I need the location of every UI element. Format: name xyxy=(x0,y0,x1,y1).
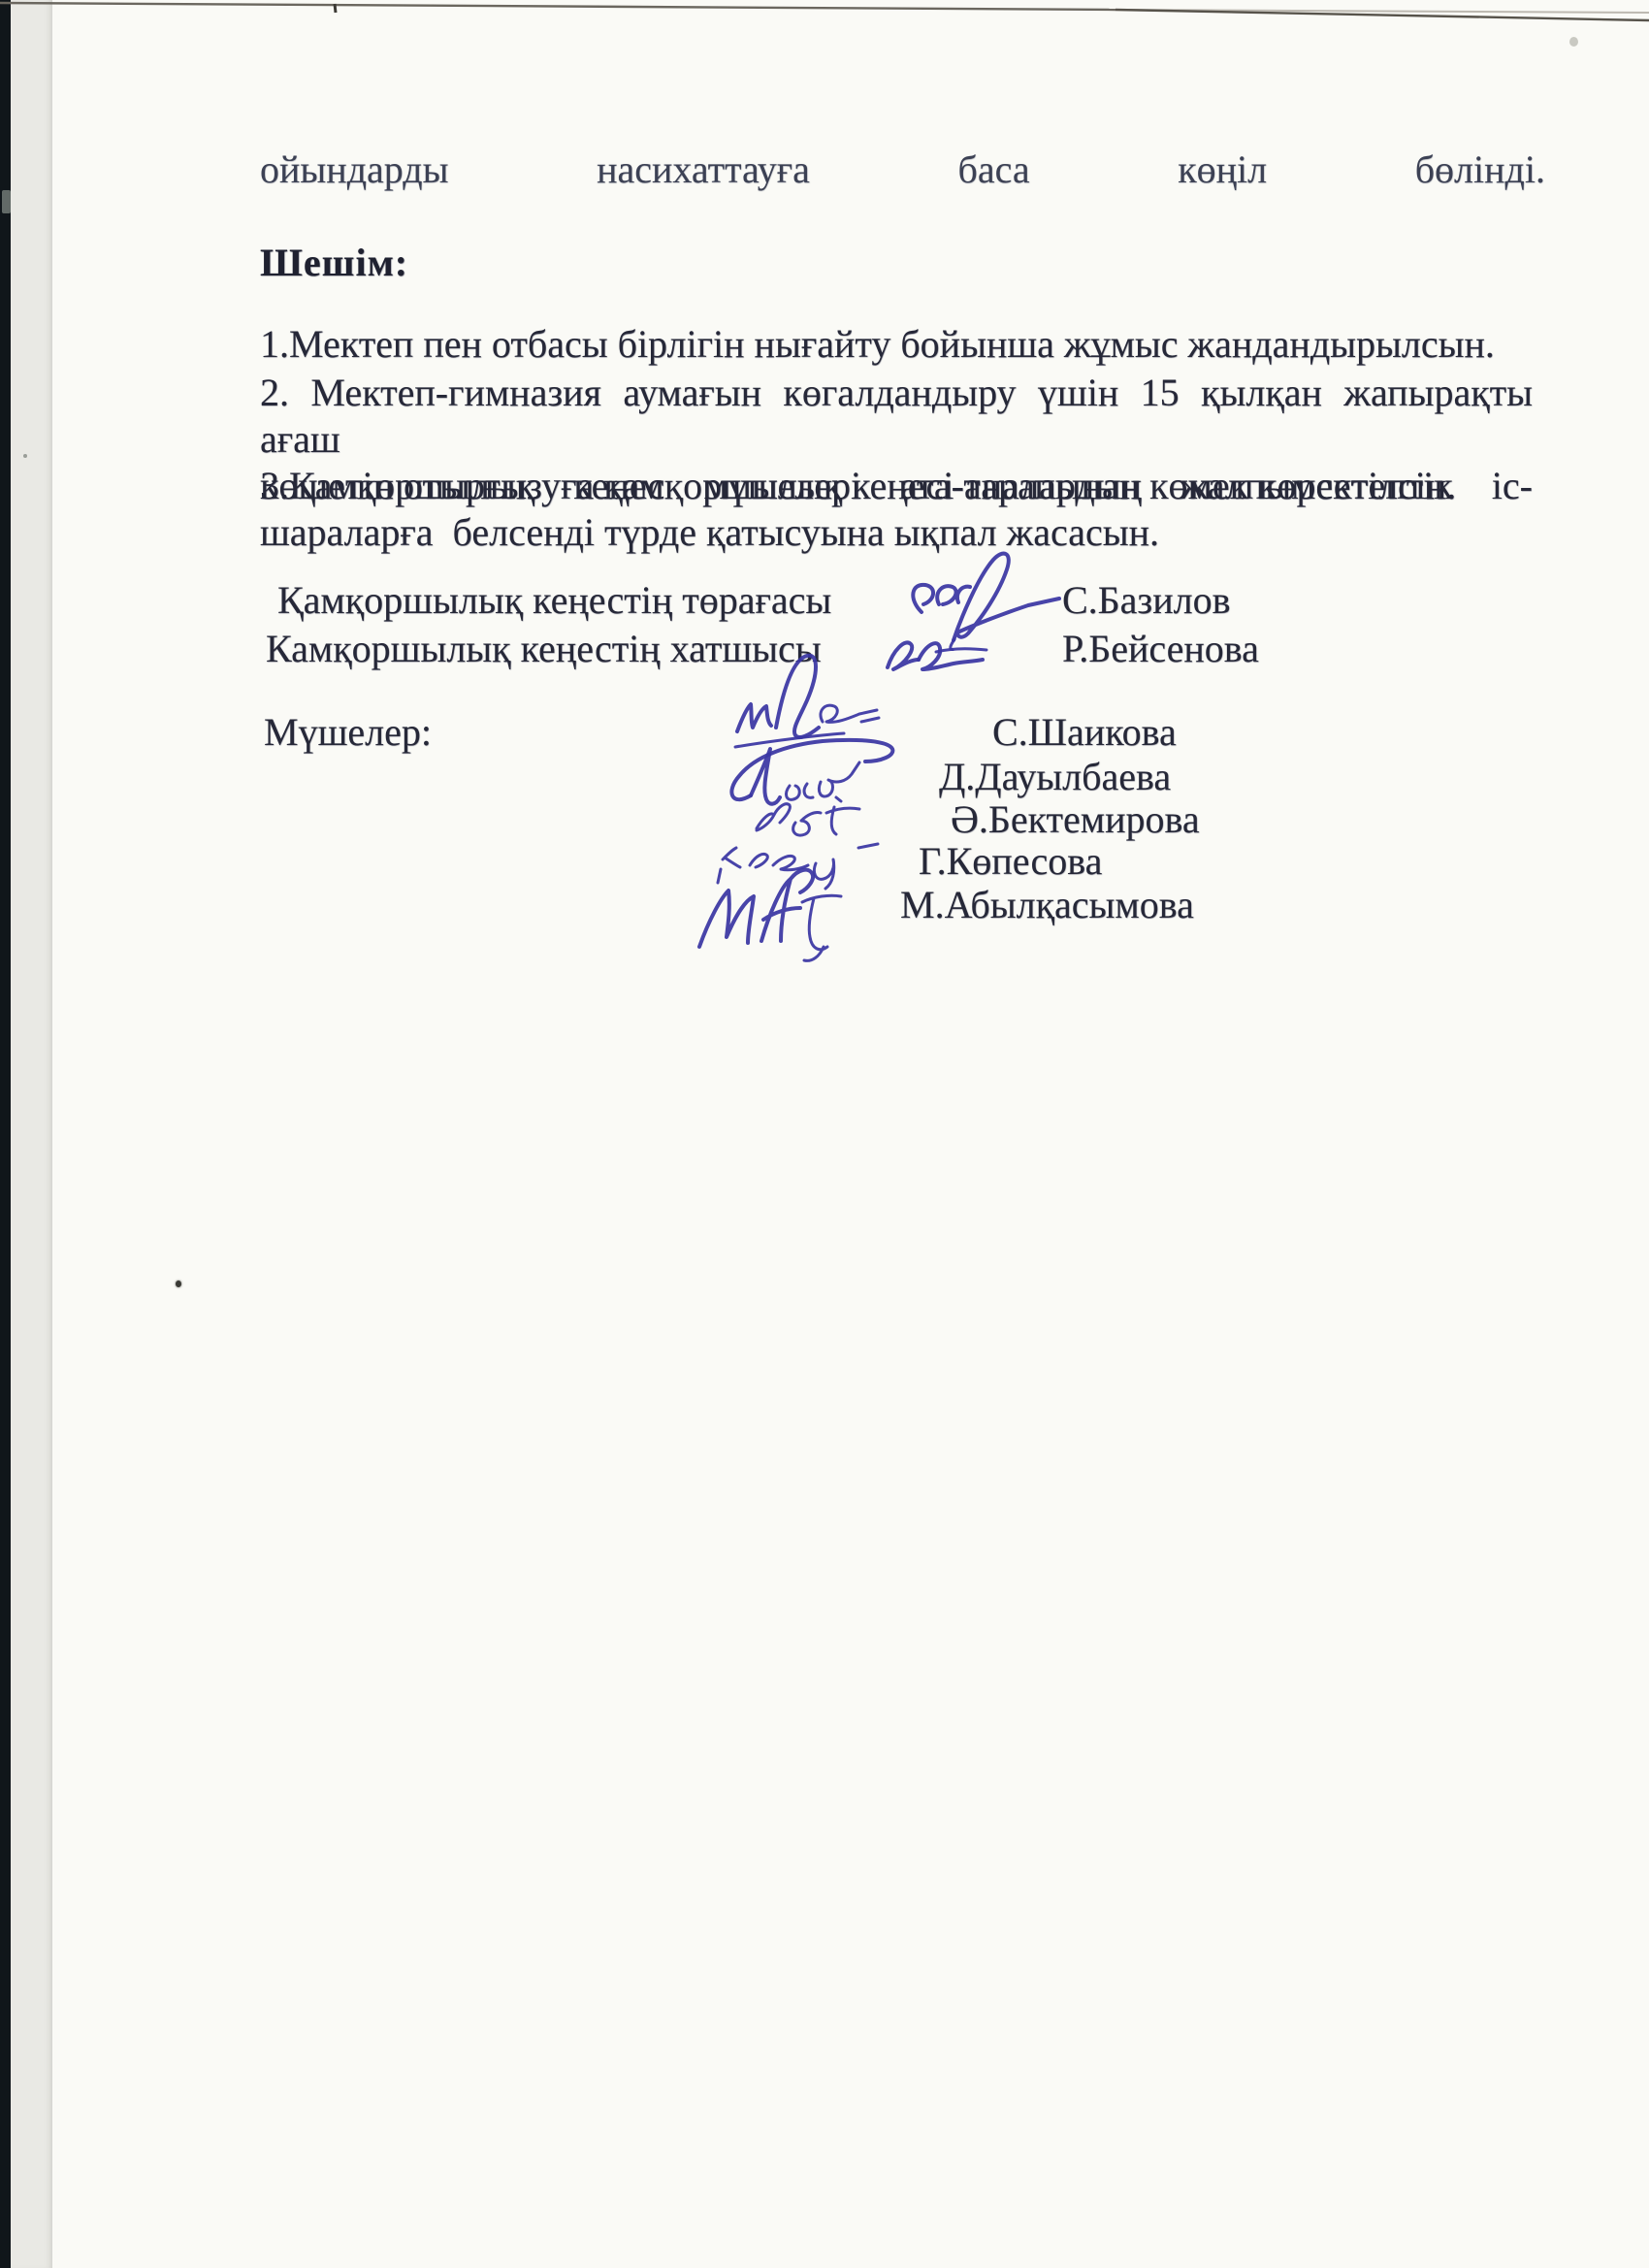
member-name: Ә.Бектемирова xyxy=(951,796,1200,843)
scan-speck xyxy=(1569,37,1578,47)
member-name: Д.Дауылбаева xyxy=(939,754,1171,800)
intro-word: насихаттауға xyxy=(597,146,810,193)
chairman-role-label: Қамқоршылық кеңестің төрағасы xyxy=(277,577,831,624)
decision-3-line-1: 3.Қамқоршылық кеңес мүшелері ата-аналард… xyxy=(260,463,1533,509)
chairman-name: С.Базилов xyxy=(1062,577,1230,624)
scan-left-black-edge xyxy=(0,0,11,2268)
signature-beisenova xyxy=(878,629,1018,679)
members-label: Мүшелер: xyxy=(264,709,432,756)
intro-word: ойындарды xyxy=(260,146,449,193)
scan-left-gutter xyxy=(11,0,52,2268)
scan-top-edge-line xyxy=(0,0,1649,31)
member-name: С.Шаикова xyxy=(992,709,1177,756)
scan-speck xyxy=(23,454,27,458)
decision-heading: Шешім: xyxy=(260,240,408,286)
scan-speck xyxy=(176,1280,181,1287)
decision-item-3: 3.Қамқоршылық кеңес мүшелері ата-аналард… xyxy=(260,463,1533,556)
member-name: Г.Көпесова xyxy=(919,838,1102,885)
decision-1-line-1: 1.Мектеп пен отбасы бірлігін нығайту бой… xyxy=(260,321,1533,368)
intro-word: көңіл xyxy=(1178,146,1267,193)
scan-edge-notch xyxy=(2,190,11,213)
scanned-document-page: ойындарды насихаттауға баса көңіл бөлінд… xyxy=(0,0,1649,2268)
intro-word: бөлінді. xyxy=(1415,146,1545,193)
intro-line: ойындарды насихаттауға баса көңіл бөлінд… xyxy=(260,146,1545,193)
member-name: М.Абылқасымова xyxy=(900,882,1194,928)
decision-2-line-1: 2. Мектеп-гимназия аумағын көгалдандыру … xyxy=(260,370,1533,463)
signature-abylkasymova xyxy=(692,859,861,964)
secretary-name: Р.Бейсенова xyxy=(1062,626,1259,672)
decision-item-1: 1.Мектеп пен отбасы бірлігін нығайту бой… xyxy=(260,321,1533,368)
intro-word: баса xyxy=(958,146,1030,193)
